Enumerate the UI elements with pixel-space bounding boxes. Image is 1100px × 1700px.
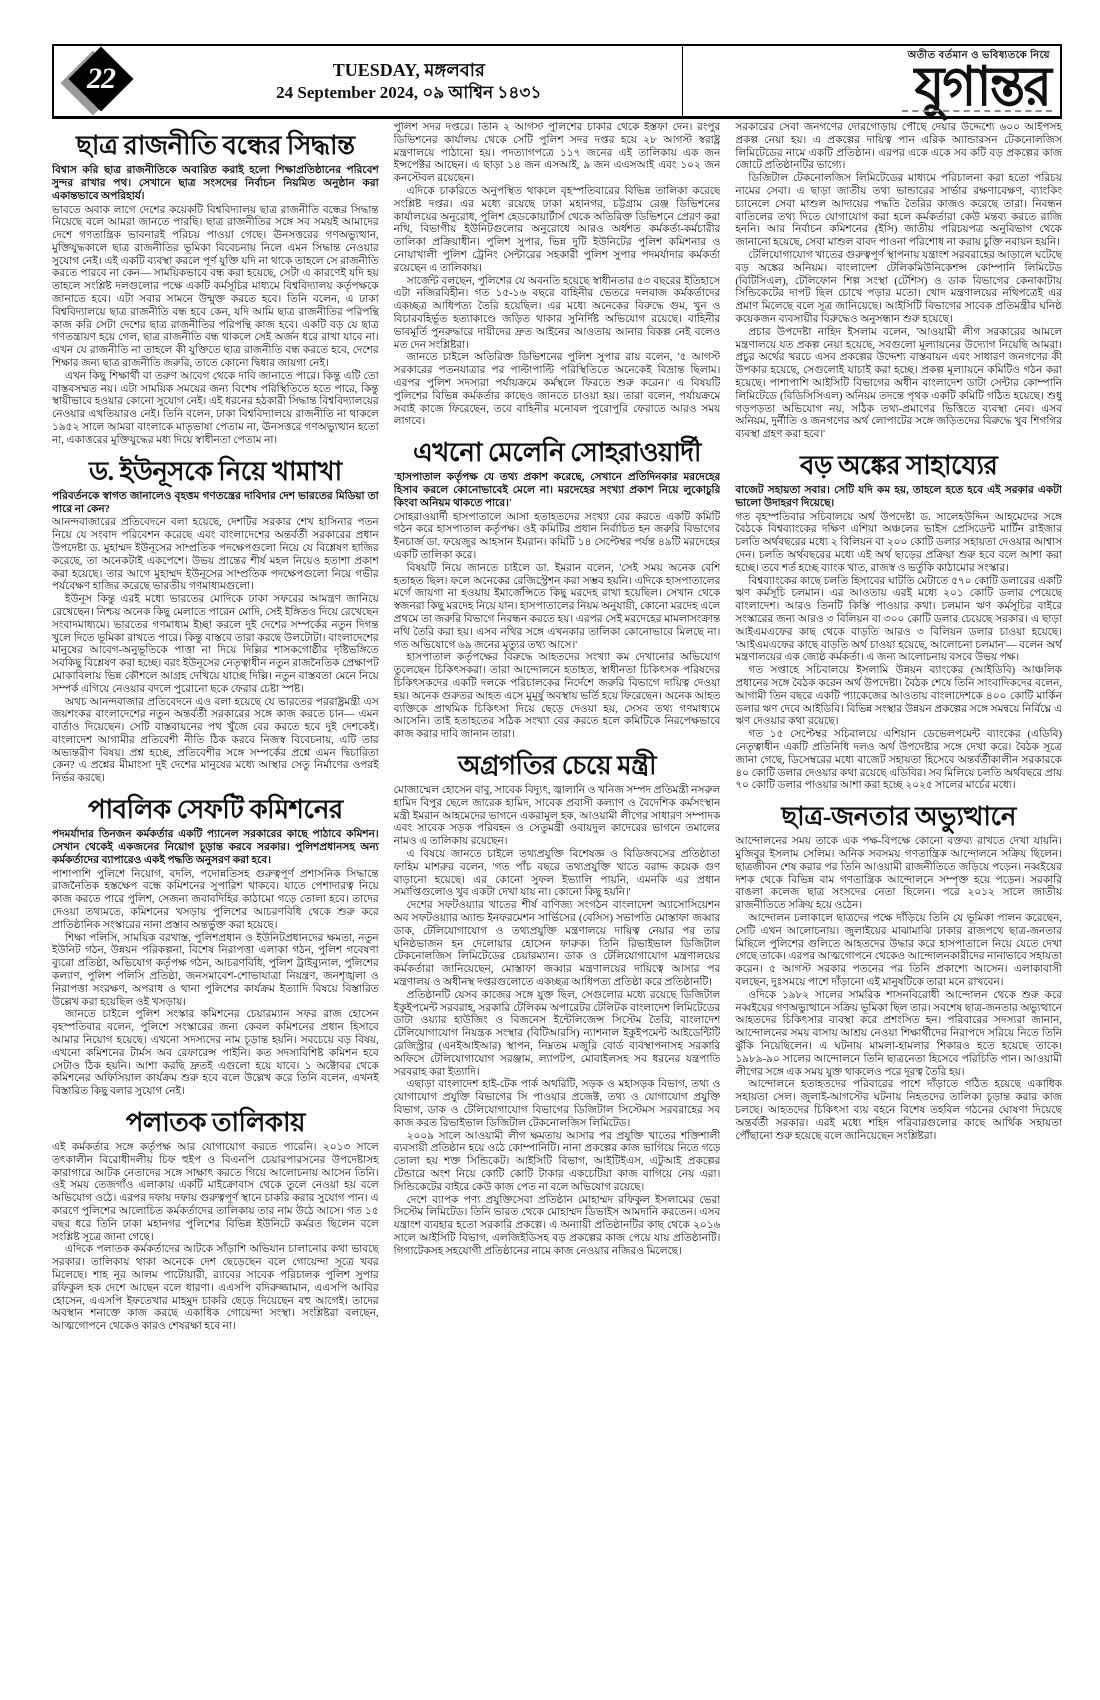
article-paragraph: ইউনূস কিন্তু এরই মধ্যে ভারতের মোদিকে ঢাক… xyxy=(52,594,379,696)
article-headline: পাবলিক সেফটি কমিশনের xyxy=(52,795,379,824)
article-paragraph: আন্দোলনের সময় তাকে এক পক্ষ-বিপক্ষে কোনো… xyxy=(735,836,1062,913)
article-paragraph: এদিকে পলাতক কর্মকর্তাদের আটকে সাঁড়াশি অ… xyxy=(52,1244,379,1334)
article-headline: এখনো মেলেনি সোহরাওয়ার্দী xyxy=(394,438,721,467)
article-paragraph: জানতে চাইলে অতিরিক্ত ডিভিশনের পুলিশ সুপা… xyxy=(394,352,721,429)
article-paragraph: এই কর্মকর্তার সঙ্গে কর্তৃপক্ষ আর যোগাযোগ… xyxy=(52,1142,379,1244)
article-lead: পরিবর্তনকে স্বাগত জানালেও বৃহত্তম গণতন্ত… xyxy=(52,491,379,517)
article-paragraph: এদিকে চাকরিতে অনুপস্থিত থাকলে বৃহস্পতিবা… xyxy=(394,186,721,276)
article-paragraph: পাশাপাশি পুলিশে নিয়োগ, বদলি, পদোন্নতিসহ… xyxy=(52,869,379,933)
page-number: 22 xyxy=(87,62,115,96)
newspaper-page: 22 TUESDAY, মঙ্গলবার 24 September 2024, … xyxy=(0,0,1100,1700)
article-paragraph: গত বৃহস্পতিবার সচিবালয়ে অর্থ উপদেষ্টা ড… xyxy=(735,512,1062,576)
article-paragraph: বিশ্বব্যাংকের কাছে চলতি হিসাবের ঘাটতি মে… xyxy=(735,576,1062,666)
article-paragraph: দেশে ব্যাপক পণ্য প্রযুক্তিসেবা প্রতিষ্ঠা… xyxy=(394,1195,721,1259)
article-headline: ছাত্র রাজনীতি বন্ধের সিদ্ধান্ত xyxy=(52,131,379,160)
date-block: TUESDAY, মঙ্গলবার 24 September 2024, ০৯ … xyxy=(166,59,682,103)
date-line: 24 September 2024, ০৯ আশ্বিন ১৪৩১ xyxy=(166,82,652,103)
article-headline: বড় অঙ্কের সাহায্যের xyxy=(735,451,1062,480)
page-number-diamond: 22 xyxy=(68,48,140,114)
article-paragraph: এছাড়া বাংলাদেশ হাই-টেক পার্ক অথরিটি, সড… xyxy=(394,1079,721,1130)
article-lead: 'হাসপাতাল কর্তৃপক্ষ যে তথ্য প্রকাশ করেছে… xyxy=(394,472,721,510)
article-paragraph: বিষয়টি নিয়ে জানতে চাইলে ডা. ইমরান বলেন… xyxy=(394,563,721,653)
masthead-section: অতীত বর্তমান ও ভবিষ্যতকে নিয়ে যুগান্তর xyxy=(683,46,1060,116)
article-paragraph: অথচ আনন্দবাজার প্রতিবেদনে এও বলা হয়েছে … xyxy=(52,697,379,787)
article-paragraph: হাসপাতাল কর্তৃপক্ষের বিরুদ্ধে আহতদের সংখ… xyxy=(394,652,721,742)
article-paragraph: আন্দোলনে হতাহতদের পরিবারের পাশে দাঁড়াতে… xyxy=(735,1079,1062,1143)
header-divider-rule xyxy=(52,118,1062,119)
masthead-title: যুগান্তর xyxy=(683,61,1050,116)
article-paragraph: টেলিযোগাযোগ খাতের গুরুত্বপূর্ণ স্থাপনায়… xyxy=(735,250,1062,327)
article-lead: বাজেট সহায়তা সবার। সেটি যদি কম হয়, তাহ… xyxy=(735,485,1062,511)
article-paragraph: গত ১৫ সেপ্টেম্বর সচিবালয়ে এশিয়ান ডেভেল… xyxy=(735,729,1062,793)
article-paragraph: গত সপ্তাহে সচিবালয়ে ইসলামি উন্নয়ন ব্যা… xyxy=(735,665,1062,729)
article-paragraph: আনন্দবাজারের প্রতিবেদনে বলা হয়েছে, দেশট… xyxy=(52,517,379,594)
article-headline: পলাতক তালিকায় xyxy=(52,1108,379,1137)
article-paragraph: শিক্ষা পলিসি, সাময়িক বরখাস্ত, পুলিশপ্রধ… xyxy=(52,933,379,1010)
page-header: 22 TUESDAY, মঙ্গলবার 24 September 2024, … xyxy=(52,44,1062,118)
article-paragraph: প্রতিষ্ঠানটি যেসব কাজের সঙ্গে যুক্ত ছিল,… xyxy=(394,990,721,1080)
article-paragraph: সার্জেন্ট বলছেন, পুলিশের যে অবনতি হয়েছে… xyxy=(394,276,721,353)
article-paragraph: জানতে চাইলে পুলিশ সংস্কার কমিশনের চেয়ার… xyxy=(52,1009,379,1099)
article-lead: পদমর্যাদার তিনজন কর্মকর্তার একটি প্যানেল… xyxy=(52,829,379,867)
news-column-2: পুলিশ সদর দপ্তরে। তিনি ২ আগস্ট পুলিশের চ… xyxy=(394,122,721,1692)
columns-container: ছাত্র রাজনীতি বন্ধের সিদ্ধান্তবিশ্বাস কর… xyxy=(52,122,1062,1692)
article-paragraph: সোহরাওয়ার্দী হাসপাতালে আসা হতাহতদের সংখ… xyxy=(394,512,721,563)
article-headline: অগ্রগতির চেয়ে মন্ত্রী xyxy=(394,751,721,780)
article-paragraph: দেশের সফটওয়্যার খাতের শীর্ষ বাণিজ্য সংগ… xyxy=(394,900,721,990)
day-line: TUESDAY, মঙ্গলবার xyxy=(166,59,652,82)
article-paragraph: সরকারের সেবা জনগণের দোরগোড়ায় পৌঁছে দেয… xyxy=(735,122,1062,173)
article-paragraph: এ বিষয়ে জানতে চাইলে তথ্যপ্রযুক্তি বিশেষ… xyxy=(394,849,721,900)
news-column-3: সরকারের সেবা জনগণের দোরগোড়ায় পৌঁছে দেয… xyxy=(735,122,1062,1692)
article-paragraph: ২০০৯ সালে আওয়ামী লীগ ক্ষমতায় আসার পর প… xyxy=(394,1131,721,1195)
article-paragraph: মোজাম্মেল হোসেন বাবু, সাবেক বিদ্যুৎ, জ্ব… xyxy=(394,785,721,849)
news-column-1: ছাত্র রাজনীতি বন্ধের সিদ্ধান্তবিশ্বাস কর… xyxy=(52,122,379,1692)
article-paragraph: এখন কিছু শিক্ষার্থী বা তরুণ আবেগ থেকে দা… xyxy=(52,371,379,448)
header-date-section: 22 TUESDAY, মঙ্গলবার 24 September 2024, … xyxy=(54,46,683,116)
article-paragraph: প্রচার উপদেষ্টা নাহিদ ইসলাম বলেন, 'আওয়া… xyxy=(735,327,1062,442)
diamond-shape: 22 xyxy=(68,46,133,111)
article-headline: ছাত্র-জনতার অভ্যুত্থানে xyxy=(735,802,1062,831)
article-paragraph: ডিজিটাল টেকনোলজিস লিমিটেডের মাধ্যমে পরিচ… xyxy=(735,173,1062,250)
article-paragraph: ওদিকে ১৯৮২ সালের সামরিক শাসনবিরোধী আন্দো… xyxy=(735,990,1062,1080)
article-paragraph: ভাবতে অবাক লাগে দেশের কয়েকটি বিশ্ববিদ্য… xyxy=(52,205,379,371)
article-headline: ড. ইউনূসকে নিয়ে খামাখা xyxy=(52,457,379,486)
masthead-dashed-rule xyxy=(902,110,1052,112)
article-lead: বিশ্বাস করি ছাত্র রাজনীতিকে অবারিত করাই … xyxy=(52,165,379,203)
article-paragraph: আন্দোলন চলাকালে ছাত্রদের পক্ষে দাঁড়িয়ে… xyxy=(735,913,1062,990)
article-paragraph: পুলিশ সদর দপ্তরে। তিনি ২ আগস্ট পুলিশের চ… xyxy=(394,122,721,186)
